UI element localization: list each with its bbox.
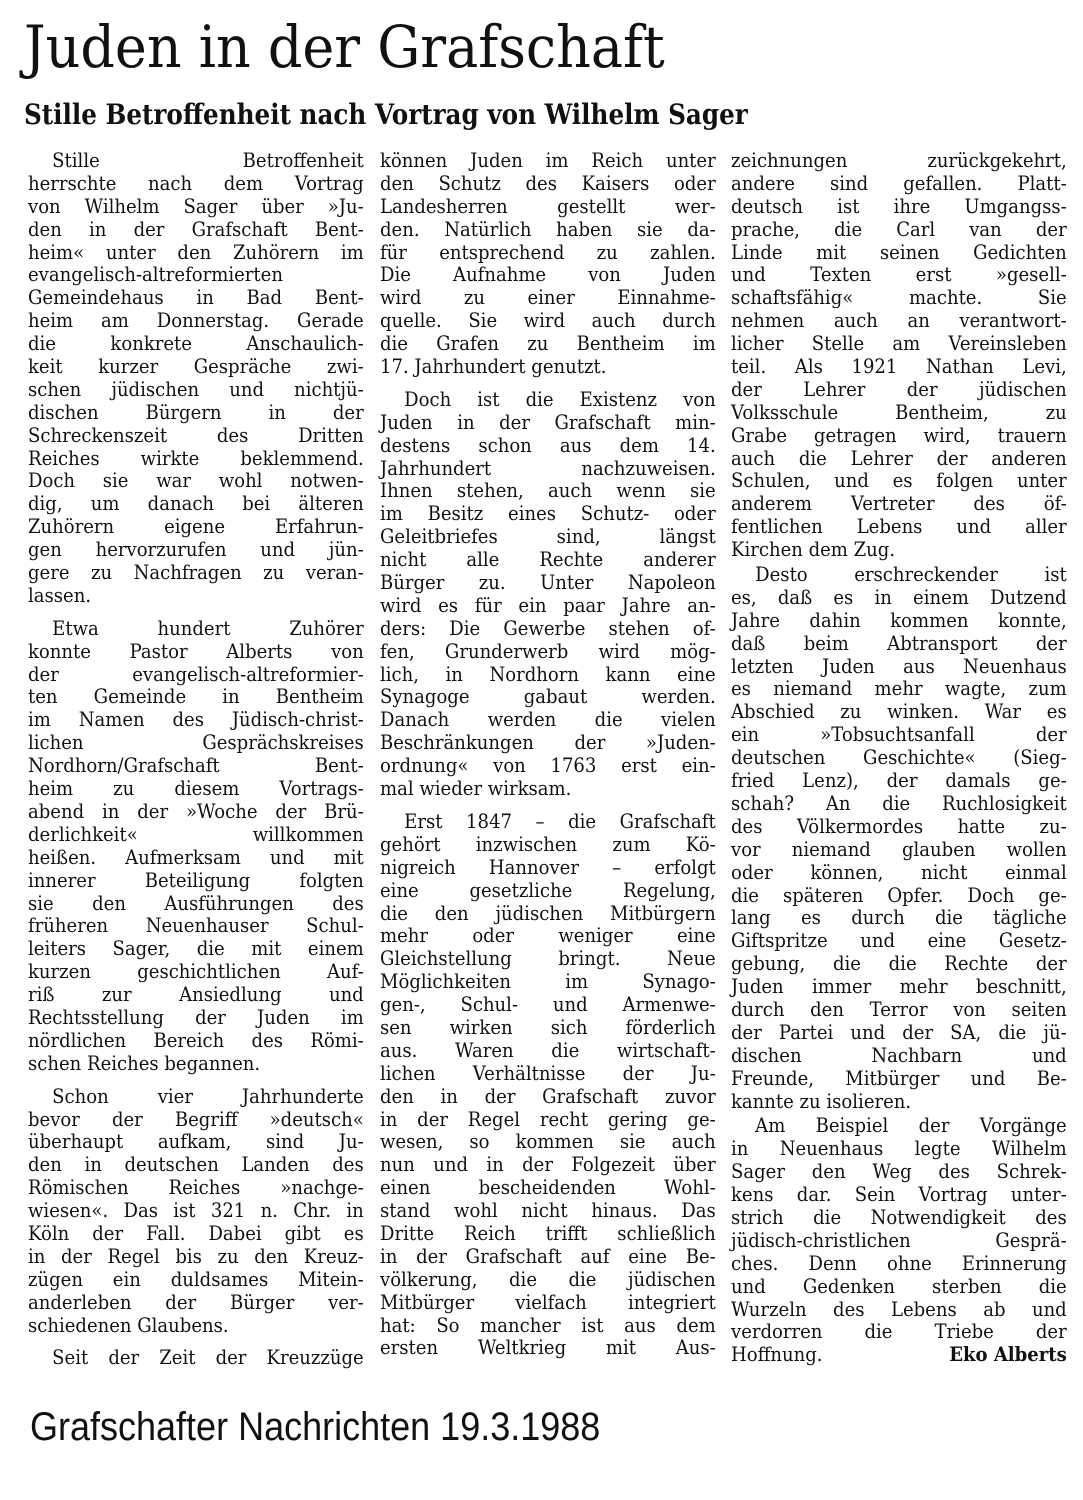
text-line: es niemand mehr wagte, zum	[731, 678, 1067, 701]
text-line: fen, Grunderwerb wird mög-	[380, 641, 716, 664]
text-line: Dritte Reich trifft schließlich	[380, 1223, 716, 1246]
text-line: zügen ein duldsames Mitein-	[28, 1269, 364, 1292]
text-line: destens schon aus dem 14.	[380, 435, 716, 458]
article-paragraph: Erst 1847 – die Grafschaftgehört inzwisc…	[380, 811, 716, 1360]
text-line: mehr oder weniger eine	[380, 925, 716, 948]
article-paragraph: Doch ist die Existenz vonJuden in der Gr…	[380, 389, 716, 801]
text-line: den. Natürlich haben sie da-	[380, 219, 716, 242]
text-line: deutschen Geschichte« (Sieg-	[731, 747, 1067, 770]
text-line: Köln der Fall. Dabei gibt es	[28, 1223, 364, 1246]
text-line: ten Gemeinde in Bentheim	[28, 686, 364, 709]
text-line: wesen, so kommen sie auch	[380, 1131, 716, 1154]
text-line: sen wirken sich förderlich	[380, 1017, 716, 1040]
text-line: nehmen auch an verantwort-	[731, 310, 1067, 333]
text-line: ders: Die Gewerbe stehen of-	[380, 618, 716, 641]
text-line: prache, die Carl van der	[731, 219, 1067, 242]
text-line: verdorren die Triebe der	[731, 1321, 1067, 1344]
text-line: gere zu Nachfragen zu veran-	[28, 562, 364, 585]
text-line: wiesen«. Das ist 321 n. Chr. in	[28, 1200, 364, 1223]
text-line: der Lehrer der jüdischen	[731, 379, 1067, 402]
text-line: Römischen Reiches »nachge-	[28, 1177, 364, 1200]
text-line: riß zur Ansiedlung und	[28, 984, 364, 1007]
text-line: konnte Pastor Alberts von	[28, 641, 364, 664]
text-line: wird es für ein paar Jahre an-	[380, 595, 716, 618]
text-line: Nordhorn/Grafschaft Bent-	[28, 755, 364, 778]
text-line: Mitbürger vielfach integriert	[380, 1292, 716, 1315]
text-line: derlichkeit« willkommen	[28, 824, 364, 847]
text-line: schen Reiches begannen.	[28, 1053, 364, 1076]
article-paragraph: Seit der Zeit der Kreuzzüge	[28, 1347, 364, 1370]
text-line: Zuhörern eigene Erfahrun-	[28, 516, 364, 539]
text-line: in der Grafschaft auf eine Be-	[380, 1246, 716, 1269]
text-line: Gemeindehaus in Bad Bent-	[28, 287, 364, 310]
text-line: deutsch ist ihre Umgangss-	[731, 196, 1067, 219]
text-line: keit kurzer Gespräche zwi-	[28, 356, 364, 379]
text-line: Jahre dahin kommen konnte,	[731, 610, 1067, 633]
text-line: Linde mit seinen Gedichten	[731, 242, 1067, 265]
text-line: Bürger zu. Unter Napoleon	[380, 572, 716, 595]
text-line: dischen Bürgern in der	[28, 402, 364, 425]
text-line: im Besitz eines Schutz- oder	[380, 503, 716, 526]
text-line: Etwa hundert Zuhörer	[28, 618, 364, 641]
text-line: aus. Waren die wirtschaft-	[380, 1040, 716, 1063]
text-line: Schon vier Jahrhunderte	[28, 1086, 364, 1109]
text-line: lassen.	[28, 585, 364, 608]
text-line: gen-, Schul- und Armenwe-	[380, 994, 716, 1017]
article-column-1: Stille Betroffenheitherrschte nach dem V…	[28, 150, 364, 1380]
text-line: in der Regel bis zu den Kreuz-	[28, 1246, 364, 1269]
text-line: bevor der Begriff »deutsch«	[28, 1109, 364, 1132]
text-line: Reiches wirkte beklemmend.	[28, 448, 364, 471]
text-line: Schreckenszeit des Dritten	[28, 425, 364, 448]
text-line: wird zu einer Einnahme-	[380, 287, 716, 310]
text-line: vor niemand glauben wollen	[731, 839, 1067, 862]
text-line: Erst 1847 – die Grafschaft	[380, 811, 716, 834]
text-line: letzten Juden aus Neuenhaus	[731, 656, 1067, 679]
text-line: gen hervorzurufen und jün-	[28, 539, 364, 562]
text-line: abend in der »Woche der Brü-	[28, 801, 364, 824]
text-line: schen jüdischen und nichtjü-	[28, 379, 364, 402]
text-line: Geleitbriefes sind, längst	[380, 526, 716, 549]
text-line: fried Lenz), der damals ge-	[731, 770, 1067, 793]
text-line: Rechtsstellung der Juden im	[28, 1007, 364, 1030]
text-line: ordnung« von 1763 erst ein-	[380, 755, 716, 778]
text-line: Freunde, Mitbürger und Be-	[731, 1068, 1067, 1091]
text-line: völkerung, die die jüdischen	[380, 1269, 716, 1292]
source-citation: Grafschafter Nachrichten 19.3.1988	[30, 1402, 600, 1452]
text-line: gehört inzwischen zum Kö-	[380, 834, 716, 857]
article-paragraph: Stille Betroffenheitherrschte nach dem V…	[28, 150, 364, 608]
text-line: daß beim Abtransport der	[731, 633, 1067, 656]
text-line: evangelisch-altreformierten	[28, 264, 364, 287]
text-line: fentlichen Lebens und aller	[731, 516, 1067, 539]
text-line: Kirchen dem Zug.	[731, 539, 1067, 562]
subheadline: Stille Betroffenheit nach Vortrag von Wi…	[24, 97, 748, 133]
text-line: Beschränkungen der »Juden-	[380, 732, 716, 755]
text-line: Hoffnung.	[731, 1344, 823, 1367]
article-paragraph: zeichnungen zurückgekehrt,andere sind ge…	[731, 150, 1067, 562]
text-line: der Partei und der SA, die jü-	[731, 1022, 1067, 1045]
text-line: schah? An die Ruchlosigkeit	[731, 793, 1067, 816]
text-line: von Wilhelm Sager über »Ju-	[28, 196, 364, 219]
text-line: Möglichkeiten im Synago-	[380, 971, 716, 994]
text-line: einen bescheidenden Wohl-	[380, 1177, 716, 1200]
text-line: ersten Weltkrieg mit Aus-	[380, 1337, 716, 1360]
article-column-2: können Juden im Reich unterden Schutz de…	[380, 150, 716, 1370]
text-line: zeichnungen zurückgekehrt,	[731, 150, 1067, 173]
text-line: früheren Neuenhauser Schul-	[28, 915, 364, 938]
closing-line: Hoffnung.Eko Alberts	[731, 1344, 1067, 1367]
text-line: teil. Als 1921 Nathan Levi,	[731, 356, 1067, 379]
text-line: Ihnen stehen, auch wenn sie	[380, 480, 716, 503]
text-line: auch die Lehrer der anderen	[731, 448, 1067, 471]
text-line: heim« unter den Zuhörern im	[28, 242, 364, 265]
text-line: kurzen geschichtlichen Auf-	[28, 961, 364, 984]
text-line: 17. Jahrhundert genutzt.	[380, 356, 716, 379]
text-line: Juden immer mehr beschnitt,	[731, 976, 1067, 999]
text-line: oder können, nicht einmal	[731, 862, 1067, 885]
text-line: heißen. Aufmerksam und mit	[28, 847, 364, 870]
text-line: die Grafen zu Bentheim im	[380, 333, 716, 356]
text-line: schaftsfähig« machte. Sie	[731, 287, 1067, 310]
text-line: Wurzeln des Lebens ab und	[731, 1299, 1067, 1322]
article-column-3: zeichnungen zurückgekehrt,andere sind ge…	[731, 150, 1067, 1369]
text-line: nigreich Hannover – erfolgt	[380, 857, 716, 880]
text-line: Jahrhundert nachzuweisen.	[380, 458, 716, 481]
text-line: die späteren Opfer. Doch ge-	[731, 885, 1067, 908]
text-line: in Neuenhaus legte Wilhelm	[731, 1138, 1067, 1161]
text-line: durch den Terror von seiten	[731, 999, 1067, 1022]
text-line: innerer Beteiligung folgten	[28, 870, 364, 893]
text-line: mal wieder wirksam.	[380, 778, 716, 801]
text-line: nun und in der Folgezeit über	[380, 1154, 716, 1177]
headline: Juden in der Grafschaft	[24, 12, 665, 82]
text-line: überhaupt aufkam, sind Ju-	[28, 1131, 364, 1154]
text-line: licher Stelle am Vereinsleben	[731, 333, 1067, 356]
text-line: hat: So mancher ist aus dem	[380, 1315, 716, 1338]
text-line: den in der Grafschaft Bent-	[28, 219, 364, 242]
text-line: ches. Denn ohne Erinnerung	[731, 1253, 1067, 1276]
text-line: kannte zu isolieren.	[731, 1091, 1067, 1114]
text-line: die konkrete Anschaulich-	[28, 333, 364, 356]
text-line: heim am Donnerstag. Gerade	[28, 310, 364, 333]
text-line: lang es durch die tägliche	[731, 907, 1067, 930]
text-line: den in der Grafschaft zuvor	[380, 1086, 716, 1109]
text-line: ein »Tobsuchtsanfall der	[731, 724, 1067, 747]
text-line: Abschied zu winken. War es	[731, 701, 1067, 724]
text-line: Volksschule Bentheim, zu	[731, 402, 1067, 425]
text-line: nördlichen Bereich des Römi-	[28, 1030, 364, 1053]
text-line: schiedenen Glaubens.	[28, 1315, 364, 1338]
text-line: und Texten erst »gesell-	[731, 264, 1067, 287]
text-line: die den jüdischen Mitbürgern	[380, 903, 716, 926]
text-line: Doch sie war wohl notwen-	[28, 470, 364, 493]
text-line: Juden in der Grafschaft min-	[380, 412, 716, 435]
text-line: dischen Nachbarn und	[731, 1045, 1067, 1068]
text-line: Gleichstellung bringt. Neue	[380, 948, 716, 971]
text-line: im Namen des Jüdisch-christ-	[28, 709, 364, 732]
text-line: nicht alle Rechte anderer	[380, 549, 716, 572]
text-line: jüdisch-christlichen Gesprä-	[731, 1230, 1067, 1253]
text-line: können Juden im Reich unter	[380, 150, 716, 173]
text-line: quelle. Sie wird auch durch	[380, 310, 716, 333]
text-line: Doch ist die Existenz von	[380, 389, 716, 412]
text-line: stand wohl nicht hinaus. Das	[380, 1200, 716, 1223]
article-paragraph: können Juden im Reich unterden Schutz de…	[380, 150, 716, 379]
text-line: Am Beispiel der Vorgänge	[731, 1115, 1067, 1138]
text-line: dig, um danach bei älteren	[28, 493, 364, 516]
text-line: andere sind gefallen. Platt-	[731, 173, 1067, 196]
text-line: Grabe getragen wird, trauern	[731, 425, 1067, 448]
text-line: heim zu diesem Vortrags-	[28, 778, 364, 801]
text-line: anderem Vertreter des öf-	[731, 493, 1067, 516]
text-line: des Völkermordes hatte zu-	[731, 816, 1067, 839]
text-line: lich, in Nordhorn kann eine	[380, 664, 716, 687]
text-line: herrschte nach dem Vortrag	[28, 173, 364, 196]
text-line: der evangelisch-altreformier-	[28, 664, 364, 687]
text-line: es, daß es in einem Dutzend	[731, 587, 1067, 610]
text-line: Stille Betroffenheit	[28, 150, 364, 173]
text-line: für entsprechend zu zahlen.	[380, 242, 716, 265]
text-line: strich die Notwendigkeit des	[731, 1207, 1067, 1230]
article-paragraph: Am Beispiel der Vorgängein Neuenhaus leg…	[731, 1115, 1067, 1367]
article-paragraph: Etwa hundert Zuhörerkonnte Pastor Albert…	[28, 618, 364, 1076]
text-line: Landesherren gestellt wer-	[380, 196, 716, 219]
text-line: Schulen, und es folgen unter	[731, 470, 1067, 493]
text-line: Die Aufnahme von Juden	[380, 264, 716, 287]
text-line: Synagoge gabaut werden.	[380, 686, 716, 709]
article-paragraph: Schon vier Jahrhundertebevor der Begriff…	[28, 1086, 364, 1338]
text-line: gebung, die die Rechte der	[731, 953, 1067, 976]
author-byline: Eko Alberts	[949, 1344, 1066, 1367]
text-line: Giftspritze und eine Gesetz-	[731, 930, 1067, 953]
text-line: sie den Ausführungen des	[28, 893, 364, 916]
text-line: den Schutz des Kaisers oder	[380, 173, 716, 196]
text-line: leiters Sager, die mit einem	[28, 938, 364, 961]
text-line: lichen Verhältnisse der Ju-	[380, 1063, 716, 1086]
text-line: kens dar. Sein Vortrag unter-	[731, 1184, 1067, 1207]
text-line: Desto erschreckender ist	[731, 564, 1067, 587]
text-line: eine gesetzliche Regelung,	[380, 880, 716, 903]
text-line: den in deutschen Landen des	[28, 1154, 364, 1177]
text-line: Seit der Zeit der Kreuzzüge	[28, 1347, 364, 1370]
article-paragraph: Desto erschreckender istes, daß es in ei…	[731, 564, 1067, 1113]
text-line: Sager den Weg des Schrek-	[731, 1161, 1067, 1184]
text-line: in der Regel recht gering ge-	[380, 1109, 716, 1132]
text-line: Danach werden die vielen	[380, 709, 716, 732]
text-line: anderleben der Bürger ver-	[28, 1292, 364, 1315]
text-line: lichen Gesprächskreises	[28, 732, 364, 755]
text-line: und Gedenken sterben die	[731, 1276, 1067, 1299]
